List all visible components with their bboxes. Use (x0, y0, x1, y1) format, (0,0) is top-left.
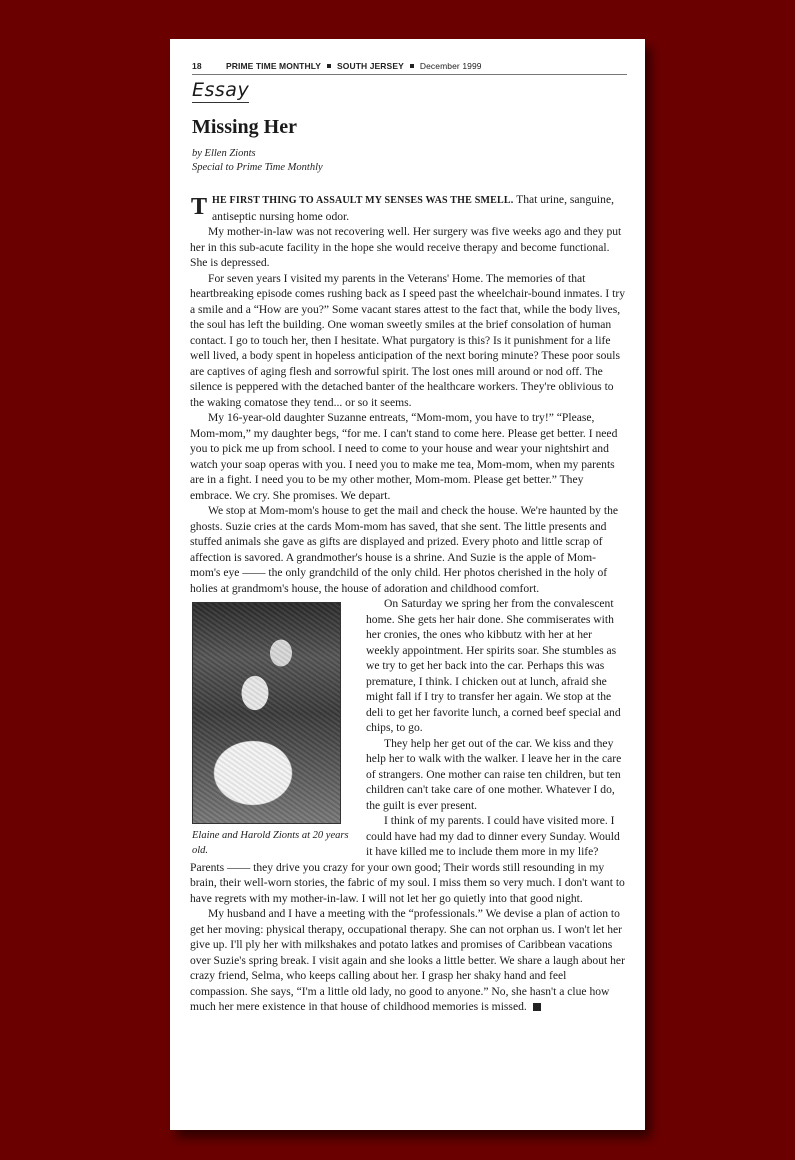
byline-block: by Ellen Zionts Special to Prime Time Mo… (192, 147, 323, 175)
article-body: THE FIRST THING TO ASSAULT MY SENSES WAS… (190, 192, 626, 1015)
drop-cap: T (190, 194, 208, 221)
final-paragraph: My husband and I have a meeting with the… (190, 906, 626, 1015)
separator-square-icon (410, 64, 414, 68)
region-name: SOUTH JERSEY (337, 61, 404, 71)
article-title: Missing Her (192, 115, 297, 139)
paragraph-text: My husband and I have a meeting with the… (190, 907, 625, 1013)
publication-name: PRIME TIME MONTHLY (226, 61, 321, 71)
paragraph: For seven years I visited my parents in … (190, 271, 626, 411)
paragraph: My 16-year-old daughter Suzanne entreats… (190, 410, 626, 503)
lead-paragraph: THE FIRST THING TO ASSAULT MY SENSES WAS… (190, 192, 626, 224)
page-number: 18 (192, 61, 226, 71)
end-mark-icon (533, 1003, 541, 1011)
paragraph: We stop at Mom-mom's house to get the ma… (190, 503, 626, 596)
paragraph: My mother-in-law was not recovering well… (190, 224, 626, 271)
photo-figure: Elaine and Harold Zionts at 20 years old… (192, 602, 352, 858)
issue-date: December 1999 (420, 61, 482, 71)
author-credit: Special to Prime Time Monthly (192, 161, 323, 175)
couple-photo (192, 602, 341, 824)
running-header: 18PRIME TIME MONTHLYSOUTH JERSEYDecember… (192, 61, 627, 75)
section-label: Essay (192, 79, 249, 103)
separator-square-icon (327, 64, 331, 68)
lead-in-smallcaps: HE FIRST THING TO ASSAULT MY SENSES WAS … (212, 195, 513, 206)
author-byline: by Ellen Zionts (192, 147, 323, 161)
photo-caption: Elaine and Harold Zionts at 20 years old… (192, 828, 352, 858)
magazine-page: 18PRIME TIME MONTHLYSOUTH JERSEYDecember… (170, 39, 645, 1130)
